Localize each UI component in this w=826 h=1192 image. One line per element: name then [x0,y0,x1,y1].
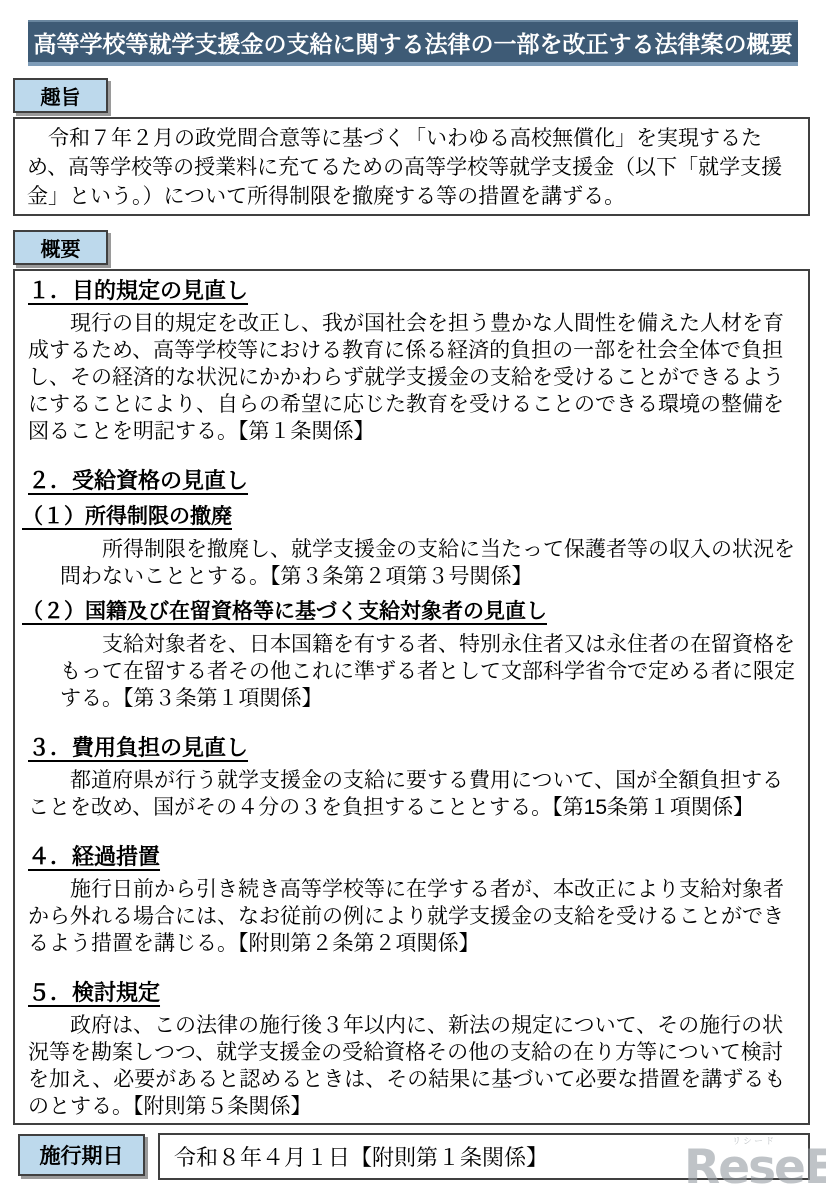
section-2-sub-2-body: 支給対象者を、日本国籍を有する者、特別永住者又は永住者の在留資格をもって在留する… [60,631,800,712]
section-1-heading: １．目的規定の見直し [28,277,800,305]
section-2: ２．受給資格の見直し （１）所得制限の撤廃 所得制限を撤廃し、就学支援金の支給に… [28,467,800,712]
purpose-box: 令和７年２月の政党間合意等に基づく「いわゆる高校無償化」を実現するため、高等学校… [13,117,810,216]
section-3-body: 都道府県が行う就学支援金の支給に要する費用について、国が全額負担することを改め、… [28,767,800,821]
section-2-sub-2-heading: （２）国籍及び在留資格等に基づく支給対象者の見直し [22,598,800,625]
watermark-logo-text: ReseEd [684,1146,826,1190]
reseed-watermark: リシード ReseEd [684,1136,826,1190]
section-4-body: 施行日前から引き続き高等学校等に在学する者が、本改正により支給対象者から外れる場… [28,876,800,957]
section-4-heading: ４．経過措置 [28,843,800,871]
document-page: 高等学校等就学支援金の支給に関する法律の一部を改正する法律案の概要 趣旨 令和７… [0,0,826,1192]
section-5: ５．検討規定 政府は、この法律の施行後３年以内に、新法の規定について、その施行の… [28,979,800,1120]
purpose-label: 趣旨 [13,78,108,113]
overview-label-text: 概要 [41,233,81,262]
title-bar: 高等学校等就学支援金の支給に関する法律の一部を改正する法律案の概要 [28,20,798,66]
section-2-sub-1-heading: （１）所得制限の撤廃 [22,503,800,530]
section-2-sub-1-body: 所得制限を撤廃し、就学支援金の支給に当たって保護者等の収入の状況を問わないことと… [60,536,800,590]
purpose-label-text: 趣旨 [41,81,81,110]
section-2-heading: ２．受給資格の見直し [28,467,800,495]
effective-date-text: 令和８年４月１日【附則第１条関係】 [174,1141,548,1172]
section-3-heading: ３．費用負担の見直し [28,734,800,762]
section-1-body: 現行の目的規定を改正し、我が国社会を担う豊かな人間性を備えた人材を育成するため、… [28,310,800,445]
page-title: 高等学校等就学支援金の支給に関する法律の一部を改正する法律案の概要 [34,26,793,59]
purpose-text: 令和７年２月の政党間合意等に基づく「いわゆる高校無償化」を実現するため、高等学校… [27,124,802,211]
effective-date-label: 施行期日 [18,1134,145,1176]
section-5-heading: ５．検討規定 [28,979,800,1007]
effective-date-label-text: 施行期日 [40,1140,124,1170]
section-4: ４．経過措置 施行日前から引き続き高等学校等に在学する者が、本改正により支給対象… [28,843,800,957]
section-5-body: 政府は、この法律の施行後３年以内に、新法の規定について、その施行の状況等を勘案し… [28,1012,800,1120]
section-3: ３．費用負担の見直し 都道府県が行う就学支援金の支給に要する費用について、国が全… [28,734,800,821]
section-1: １．目的規定の見直し 現行の目的規定を改正し、我が国社会を担う豊かな人間性を備え… [28,277,800,445]
overview-box: １．目的規定の見直し 現行の目的規定を改正し、我が国社会を担う豊かな人間性を備え… [13,269,810,1125]
overview-label: 概要 [13,230,108,265]
